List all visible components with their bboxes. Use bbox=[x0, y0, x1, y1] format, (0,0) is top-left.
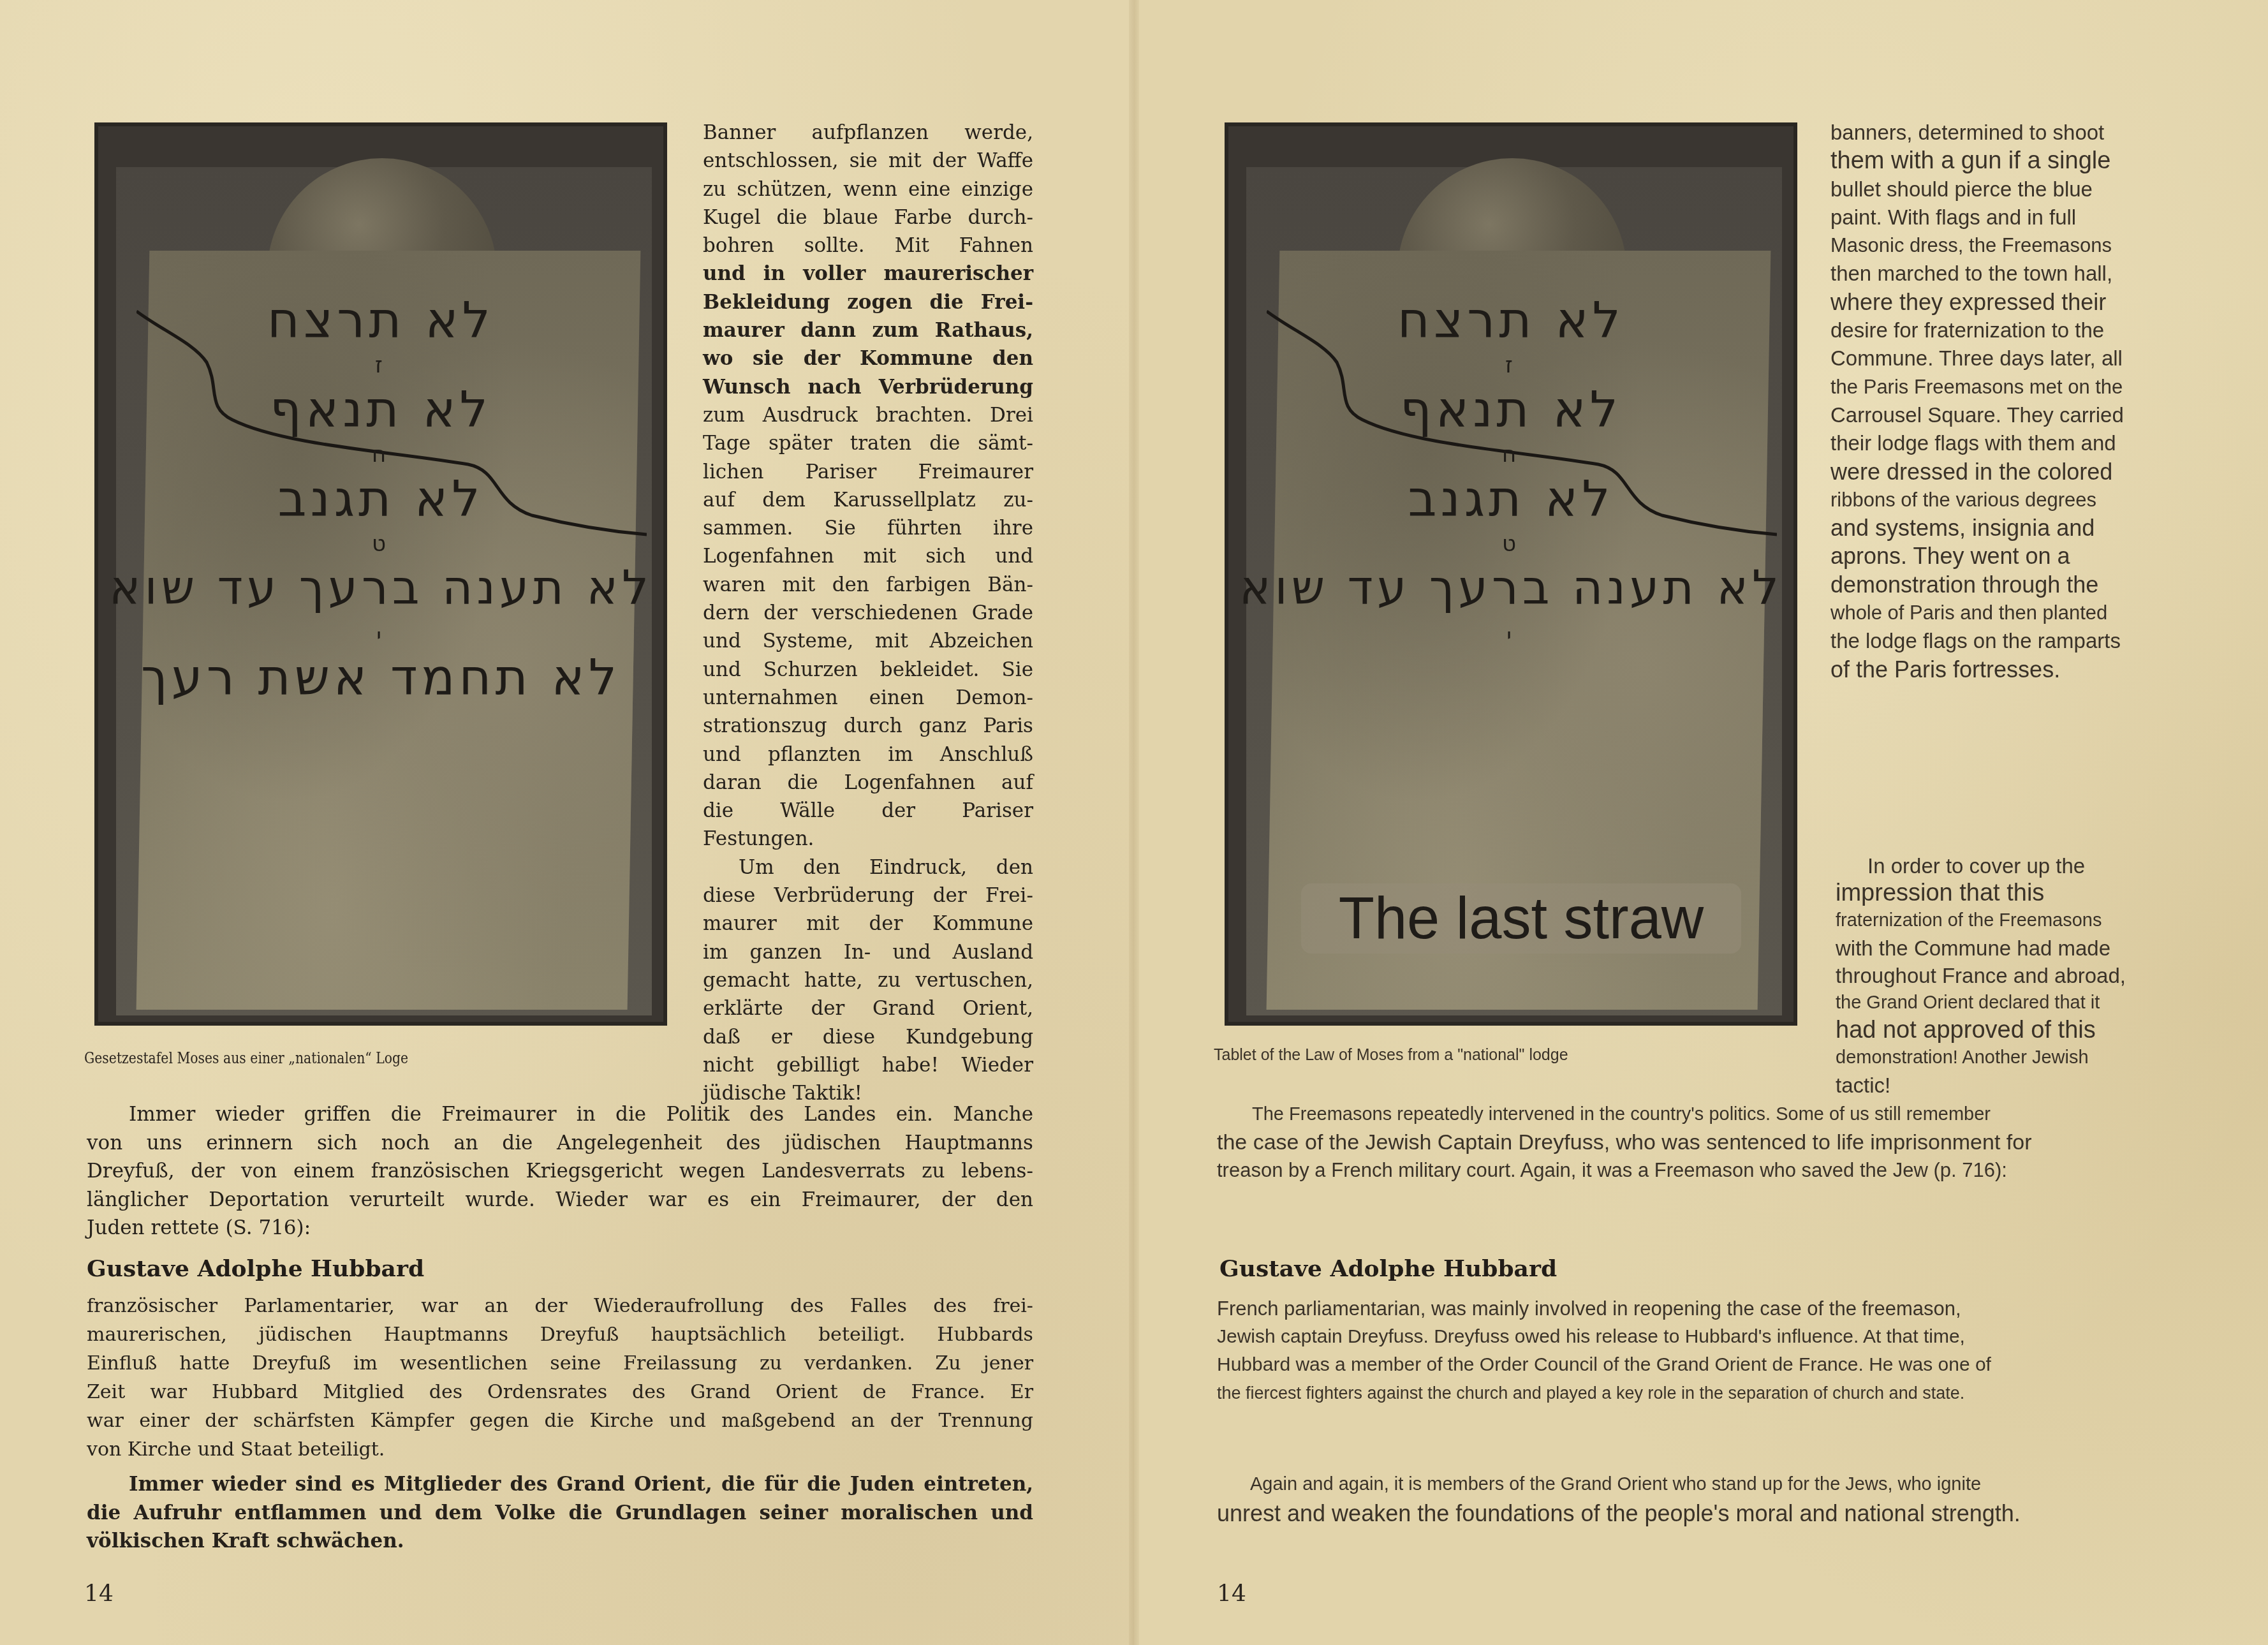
text-line: entschlossen, sie mit der Waffe bbox=[703, 147, 1033, 175]
text-line: lichen Pariser Freimaurer bbox=[703, 458, 1033, 486]
text-line: the lodge flags on the ramparts bbox=[1830, 627, 2175, 655]
text-line: aprons. They went on a bbox=[1830, 542, 2175, 570]
text-line: war einer der schärfsten Kämpfer gegen d… bbox=[87, 1406, 1033, 1435]
hebrew-line: י bbox=[98, 624, 663, 649]
text-line: tactic! bbox=[1836, 1072, 2180, 1099]
text-line: the case of the Jewish Captain Dreyfuss,… bbox=[1217, 1128, 2174, 1156]
hebrew-line: לא תרצח bbox=[1228, 292, 1793, 350]
text-line: Juden rettete (S. 716): bbox=[87, 1214, 1033, 1243]
text-line: Commune. Three days later, all bbox=[1830, 344, 2175, 373]
text-line: maurerischen, jüdischen Hauptmanns Dreyf… bbox=[87, 1320, 1033, 1349]
english-side-column-2: In order to cover up the impression that… bbox=[1836, 852, 2180, 1099]
text-line: französischer Parlamentarier, war an der… bbox=[87, 1292, 1033, 1320]
page-number-right: 14 bbox=[1217, 1581, 1246, 1607]
text-line: and systems, insignia and bbox=[1830, 514, 2175, 542]
text-line: nicht gebilligt habe! Wieder bbox=[703, 1051, 1033, 1079]
text-line: Banner aufpflanzen werde, bbox=[703, 119, 1033, 147]
text-line: Zeit war Hubbard Mitglied des Ordensrate… bbox=[87, 1378, 1033, 1406]
text-line: maurer mit der Kommune bbox=[703, 910, 1033, 938]
text-line: then marched to the town hall, bbox=[1830, 260, 2175, 288]
text-line: Dreyfuß, der von einem französischen Kri… bbox=[87, 1157, 1033, 1186]
text-line: strationszug durch ganz Paris bbox=[703, 712, 1033, 740]
text-line: demonstration! Another Jewish bbox=[1836, 1044, 2180, 1072]
hebrew-line: ז bbox=[98, 353, 663, 378]
text-line: Tage später traten die sämt- bbox=[703, 429, 1033, 457]
text-line: bohren sollte. Mit Fahnen bbox=[703, 232, 1033, 260]
hebrew-line: ט bbox=[1228, 531, 1793, 557]
text-line: Jewish captain Dreyfuss. Dreyfuss owed h… bbox=[1217, 1323, 2174, 1351]
text-line: gemacht hatte, zu vertuschen, bbox=[703, 966, 1033, 994]
text-line: Again and again, it is members of the Gr… bbox=[1217, 1470, 2174, 1498]
text-line: Einfluß hatte Dreyfuß im wesentlichen se… bbox=[87, 1349, 1033, 1378]
text-line: und pflanzten im Anschluß bbox=[703, 741, 1033, 769]
text-line: where they expressed their bbox=[1830, 288, 2175, 316]
text-line: Kugel die blaue Farbe durch- bbox=[703, 203, 1033, 232]
text-line: auf dem Karussellplatz zu- bbox=[703, 486, 1033, 514]
text-line: with the Commune had made bbox=[1836, 934, 2180, 962]
hebrew-line: לא תנאף bbox=[1228, 381, 1793, 439]
text-line: und in voller maurerischer bbox=[703, 260, 1033, 288]
hebrew-line: לא תענה ברעך עד שוא bbox=[98, 560, 663, 615]
photo-caption-english: Tablet of the Law of Moses from a "natio… bbox=[1214, 1046, 1568, 1065]
text-line: the Grand Orient declared that it bbox=[1836, 989, 2180, 1017]
hebrew-line: ח bbox=[98, 442, 663, 468]
german-bio: französischer Parlamentarier, war an der… bbox=[87, 1292, 1033, 1464]
text-line: the fiercest fighters against the church… bbox=[1217, 1379, 2174, 1407]
text-line: völkischen Kraft schwächen. bbox=[87, 1527, 1033, 1556]
text-line: wo sie der Kommune den bbox=[703, 344, 1033, 373]
hebrew-line: לא תרצח bbox=[98, 292, 663, 350]
hebrew-line: ז bbox=[1228, 353, 1793, 378]
hebrew-line: לא תגנב bbox=[1228, 471, 1793, 528]
text-line: Masonic dress, the Freemasons bbox=[1830, 232, 2175, 260]
text-line: erklärte der Grand Orient, bbox=[703, 994, 1033, 1022]
text-line: und Schurzen bekleidet. Sie bbox=[703, 656, 1033, 684]
text-line: im ganzen In- und Ausland bbox=[703, 938, 1033, 966]
text-line: them with a gun if a single bbox=[1830, 147, 2175, 175]
text-line: fraternization of the Freemasons bbox=[1836, 907, 2180, 934]
text-line: paint. With flags and in full bbox=[1830, 203, 2175, 232]
text-line: zu schützen, wenn eine einzige bbox=[703, 175, 1033, 203]
text-line: French parliamentarian, was mainly invol… bbox=[1217, 1295, 2174, 1323]
text-line: und Systeme, mit Abzeichen bbox=[703, 627, 1033, 655]
hebrew-line: לא תחמד אשת רעך bbox=[98, 649, 663, 707]
text-line: The Freemasons repeatedly intervened in … bbox=[1217, 1100, 2174, 1128]
section-heading-german: Gustave Adolphe Hubbard bbox=[87, 1255, 424, 1282]
text-line: waren mit den farbigen Bän- bbox=[703, 571, 1033, 599]
hebrew-line: י bbox=[1228, 624, 1793, 649]
text-line: Carrousel Square. They carried bbox=[1830, 401, 2175, 429]
text-line: bullet should pierce the blue bbox=[1830, 175, 2175, 203]
german-paragraph-dreyfus: Immer wieder griffen die Freimaurer in d… bbox=[87, 1100, 1033, 1243]
text-line: the Paris Freemasons met on the bbox=[1830, 373, 2175, 401]
text-line: von uns erinnern sich noch an die Angele… bbox=[87, 1129, 1033, 1158]
photo-caption-german: Gesetzestafel Moses aus einer „nationale… bbox=[84, 1049, 408, 1067]
english-bio: French parliamentarian, was mainly invol… bbox=[1217, 1295, 2174, 1407]
text-line: Um den Eindruck, den bbox=[703, 853, 1033, 882]
text-line: had not approved of this bbox=[1836, 1017, 2180, 1044]
text-line: were dressed in the colored bbox=[1830, 458, 2175, 486]
text-line: sammen. Sie führten ihre bbox=[703, 514, 1033, 542]
english-side-column: banners, determined to shoot them with a… bbox=[1830, 119, 2175, 684]
english-closing: Again and again, it is members of the Gr… bbox=[1217, 1470, 2174, 1529]
text-line: zum Ausdruck brachten. Drei bbox=[703, 401, 1033, 429]
text-line: their lodge flags with them and bbox=[1830, 429, 2175, 457]
text-line: demonstration through the bbox=[1830, 571, 2175, 599]
text-line: throughout France and abroad, bbox=[1836, 962, 2180, 989]
text-line: unternahmen einen Demon- bbox=[703, 684, 1033, 712]
text-line: daran die Logenfahnen auf bbox=[703, 769, 1033, 797]
text-line: banners, determined to shoot bbox=[1830, 119, 2175, 147]
tablet-photo-left: לא תרצח ז לא תנאף ח לא תגנב ט לא תענה בר… bbox=[94, 122, 667, 1026]
text-line: länglicher Deportation verurteilt wurde.… bbox=[87, 1186, 1033, 1214]
text-line: daß er diese Kundgebung bbox=[703, 1023, 1033, 1051]
hebrew-line: ט bbox=[98, 531, 663, 557]
text-line: die Wälle der Pariser bbox=[703, 797, 1033, 825]
text-line: of the Paris fortresses. bbox=[1830, 656, 2175, 684]
text-line: In order to cover up the bbox=[1836, 852, 2180, 880]
text-line: treason by a French military court. Agai… bbox=[1217, 1156, 2174, 1184]
text-line: unrest and weaken the foundations of the… bbox=[1217, 1498, 2174, 1529]
text-line: desire for fraternization to the bbox=[1830, 316, 2175, 344]
german-side-column: Banner aufpflanzen werde, entschlossen, … bbox=[703, 119, 1033, 1107]
text-line: Immer wieder sind es Mitglieder des Gran… bbox=[87, 1470, 1033, 1499]
text-line: ribbons of the various degrees bbox=[1830, 486, 2175, 514]
text-line: Hubbard was a member of the Order Counci… bbox=[1217, 1351, 2174, 1379]
german-closing: Immer wieder sind es Mitglieder des Gran… bbox=[87, 1470, 1033, 1556]
text-line: dern der verschiedenen Grade bbox=[703, 599, 1033, 627]
page-number-left: 14 bbox=[84, 1581, 114, 1607]
section-heading-english: Gustave Adolphe Hubbard bbox=[1219, 1255, 1557, 1282]
text-line: maurer dann zum Rathaus, bbox=[703, 316, 1033, 344]
text-line: Wunsch nach Verbrüderung bbox=[703, 373, 1033, 401]
hebrew-line: לא תגנב bbox=[98, 471, 663, 528]
text-line: Logenfahnen mit sich und bbox=[703, 542, 1033, 570]
text-line: die Aufruhr entflammen und dem Volke die… bbox=[87, 1499, 1033, 1528]
english-paragraph-dreyfus: The Freemasons repeatedly intervened in … bbox=[1217, 1100, 2174, 1184]
hebrew-line: לא תענה ברעך עד שוא bbox=[1228, 560, 1793, 615]
hebrew-line: ח bbox=[1228, 442, 1793, 468]
text-line: Bekleidung zogen die Frei- bbox=[703, 288, 1033, 316]
text-line: whole of Paris and then planted bbox=[1830, 599, 2175, 627]
hebrew-line: לא תנאף bbox=[98, 381, 663, 439]
text-line: impression that this bbox=[1836, 880, 2180, 907]
text-line: von Kirche und Staat beteiligt. bbox=[87, 1435, 1033, 1464]
text-line: Festungen. bbox=[703, 825, 1033, 853]
text-line: diese Verbrüderung der Frei- bbox=[703, 882, 1033, 910]
book-gutter bbox=[1129, 0, 1139, 1645]
overlay-label: The last straw bbox=[1301, 883, 1741, 954]
text-line: Immer wieder griffen die Freimaurer in d… bbox=[87, 1100, 1033, 1129]
